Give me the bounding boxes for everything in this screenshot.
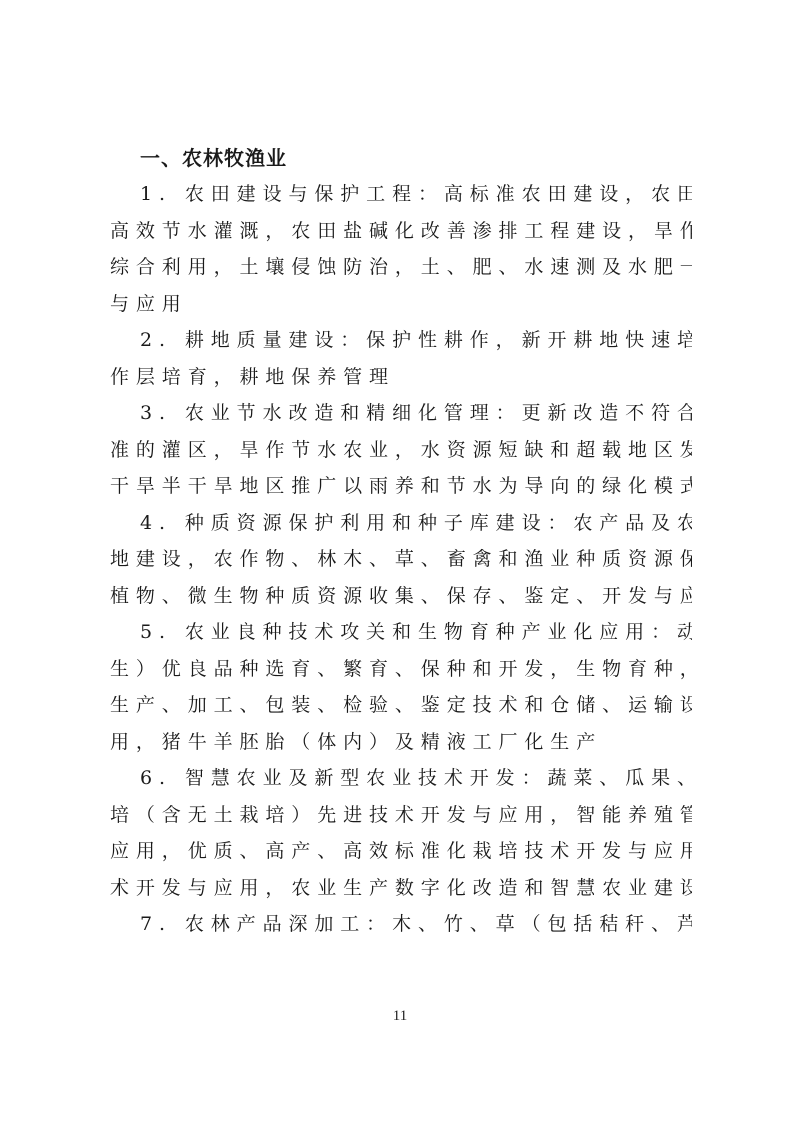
item-3-line: 准的灌区，旱作节水农业，水资源短缺和超载地区发展雨养农业， bbox=[110, 432, 692, 469]
item-2-line: 2. 耕地质量建设：保护性耕作，新开耕地快速培肥，肥沃耕 bbox=[110, 322, 692, 359]
item-2-line: 作层培育，耕地保养管理 bbox=[110, 359, 692, 396]
item-5-line: 生产、加工、包装、检验、鉴定技术和仓储、运输设备的开发与应 bbox=[110, 687, 692, 724]
item-4-line: 植物、微生物种质资源收集、保存、鉴定、开发与应用 bbox=[110, 578, 692, 615]
document-page: 一、农林牧渔业 1. 农田建设与保护工程：高标准农田建设，农田水利建设， 高效节… bbox=[110, 140, 692, 943]
item-5-line: 生）优良品种选育、繁育、保种和开发，生物育种，种子（种苗） bbox=[110, 651, 692, 688]
item-6-line: 术开发与应用，农业生产数字化改造和智慧农业建设 bbox=[110, 870, 692, 907]
item-5-line: 用，猪牛羊胚胎（体内）及精液工厂化生产 bbox=[110, 724, 692, 761]
item-6-line: 应用，优质、高产、高效标准化栽培技术开发与应用，农业生物技 bbox=[110, 833, 692, 870]
item-6-line: 培（含无土栽培）先进技术开发与应用，智能养殖管理系统开发与 bbox=[110, 797, 692, 834]
item-4-line: 地建设，农作物、林木、草、畜禽和渔业种质资源保护与建设，动 bbox=[110, 541, 692, 578]
item-6-paragraph: 6. 智慧农业及新型农业技术开发：蔬菜、瓜果、花卉设施栽 培（含无土栽培）先进技… bbox=[110, 760, 692, 906]
item-5-line: 5. 农业良种技术攻关和生物育种产业化应用：动植物（含野 bbox=[110, 614, 692, 651]
item-7-line: 7. 农林产品深加工：木、竹、草（包括秸秆、芦苇）人造板 bbox=[110, 906, 692, 943]
page-number: 11 bbox=[0, 1008, 800, 1025]
item-3-line: 3. 农业节水改造和精细化管理：更新改造不符合灌溉节水标 bbox=[110, 395, 692, 432]
item-6-line: 6. 智慧农业及新型农业技术开发：蔬菜、瓜果、花卉设施栽 bbox=[110, 760, 692, 797]
item-4-paragraph: 4. 种质资源保护利用和种子库建设：农产品及农作物种子基 地建设，农作物、林木、… bbox=[110, 505, 692, 615]
item-1-paragraph: 1. 农田建设与保护工程：高标准农田建设，农田水利建设， 高效节水灌溉，农田盐碱… bbox=[110, 176, 692, 322]
item-7-paragraph: 7. 农林产品深加工：木、竹、草（包括秸秆、芦苇）人造板 bbox=[110, 906, 692, 943]
item-1-line: 综合利用，土壤侵蚀防治，土、肥、水速测及水肥一体化技术开发 bbox=[110, 249, 692, 286]
item-2-paragraph: 2. 耕地质量建设：保护性耕作，新开耕地快速培肥，肥沃耕 作层培育，耕地保养管理 bbox=[110, 322, 692, 395]
item-1-line: 1. 农田建设与保护工程：高标准农田建设，农田水利建设， bbox=[110, 176, 692, 213]
item-5-paragraph: 5. 农业良种技术攻关和生物育种产业化应用：动植物（含野 生）优良品种选育、繁育… bbox=[110, 614, 692, 760]
section-heading: 一、农林牧渔业 bbox=[110, 140, 692, 176]
item-4-line: 4. 种质资源保护利用和种子库建设：农产品及农作物种子基 bbox=[110, 505, 692, 542]
item-1-line: 高效节水灌溉，农田盐碱化改善渗排工程建设，旱作盐碱地改造和 bbox=[110, 213, 692, 250]
item-3-paragraph: 3. 农业节水改造和精细化管理：更新改造不符合灌溉节水标 准的灌区，旱作节水农业… bbox=[110, 395, 692, 505]
item-1-line: 与应用 bbox=[110, 286, 692, 323]
item-3-line: 干旱半干旱地区推广以雨养和节水为导向的绿化模式 bbox=[110, 468, 692, 505]
